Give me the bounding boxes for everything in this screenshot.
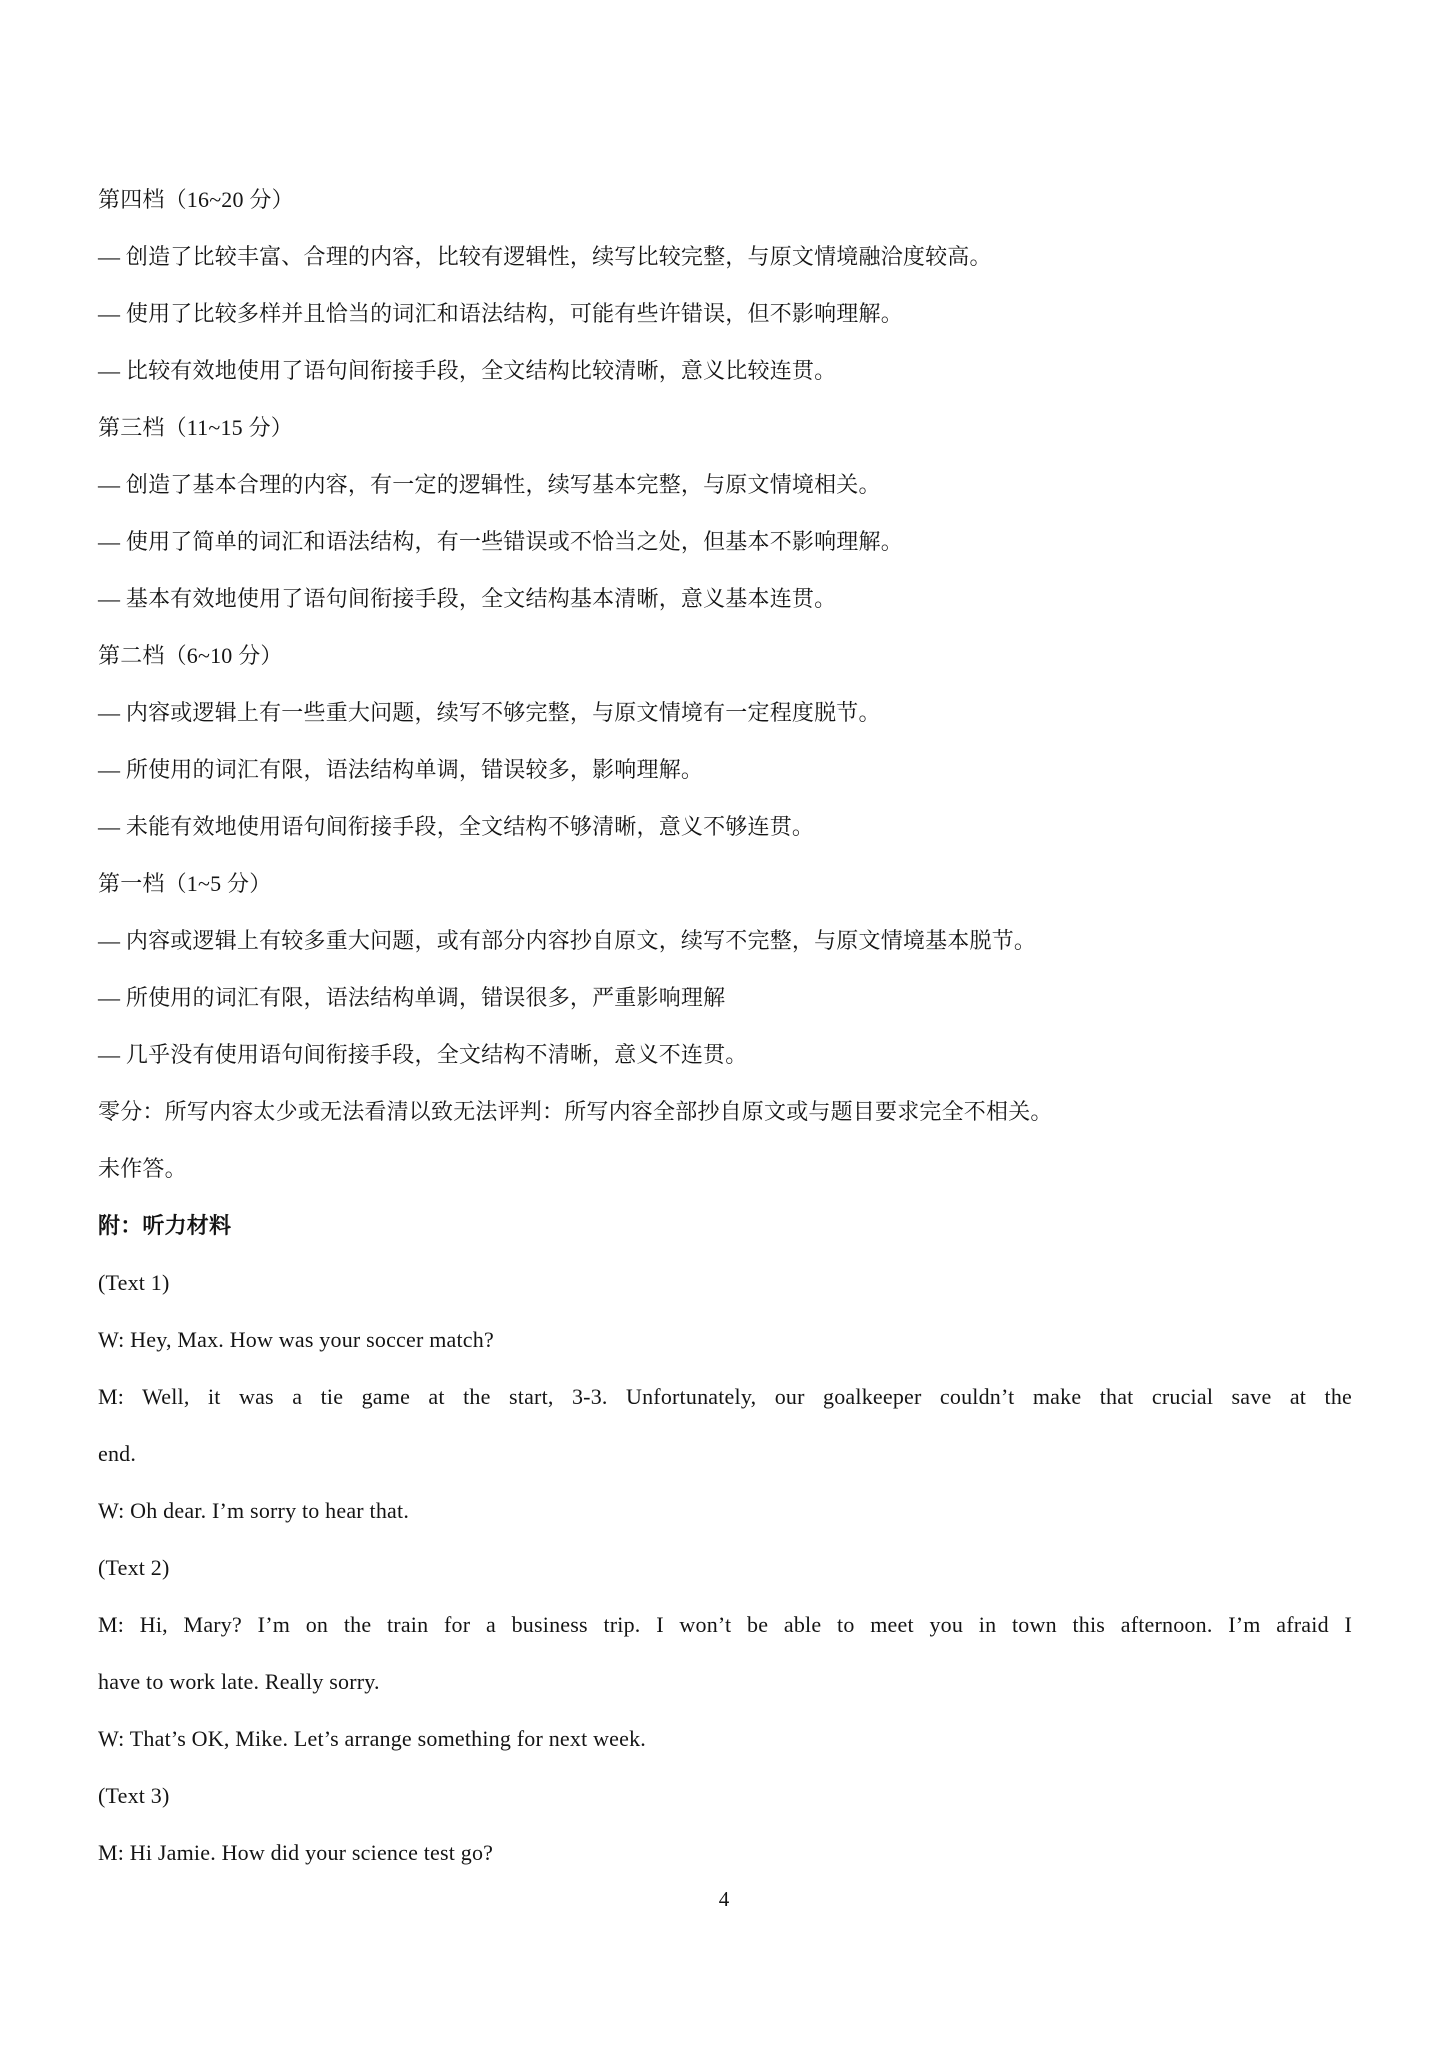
dialogue-line: W: Oh dear. I’m sorry to hear that. [98, 1482, 1352, 1539]
rubric-criterion: — 内容或逻辑上有较多重大问题，或有部分内容抄自原文，续写不完整，与原文情境基本… [98, 912, 1352, 969]
page-number: 4 [719, 1887, 730, 1911]
rubric-criterion: — 创造了比较丰富、合理的内容，比较有逻辑性，续写比较完整，与原文情境融洽度较高… [98, 228, 1352, 285]
rubric-criterion: — 使用了比较多样并且恰当的词汇和语法结构，可能有些许错误，但不影响理解。 [98, 285, 1352, 342]
rubric-criterion: — 所使用的词汇有限，语法结构单调，错误较多，影响理解。 [98, 741, 1352, 798]
no-answer-note: 未作答。 [98, 1140, 1352, 1197]
rubric-band-title: 第三档（11~15 分） [98, 399, 1352, 456]
rubric-criterion: — 创造了基本合理的内容，有一定的逻辑性，续写基本完整，与原文情境相关。 [98, 456, 1352, 513]
document-body: 第四档（16~20 分）— 创造了比较丰富、合理的内容，比较有逻辑性，续写比较完… [0, 0, 1448, 1881]
listening-text-label: (Text 1) [98, 1254, 1352, 1311]
dialogue-line: have to work late. Really sorry. [98, 1653, 1352, 1710]
rubric-criterion: — 内容或逻辑上有一些重大问题，续写不够完整，与原文情境有一定程度脱节。 [98, 684, 1352, 741]
listening-text-label: (Text 2) [98, 1539, 1352, 1596]
rubric-criterion: — 使用了简单的词汇和语法结构，有一些错误或不恰当之处，但基本不影响理解。 [98, 513, 1352, 570]
dialogue-line: W: That’s OK, Mike. Let’s arrange someth… [98, 1710, 1352, 1767]
rubric-criterion: — 所使用的词汇有限，语法结构单调，错误很多，严重影响理解 [98, 969, 1352, 1026]
document-page: 第四档（16~20 分）— 创造了比较丰富、合理的内容，比较有逻辑性，续写比较完… [0, 0, 1448, 1913]
appendix-heading: 附：听力材料 [98, 1197, 1352, 1254]
zero-score-note: 零分：所写内容太少或无法看清以致无法评判：所写内容全部抄自原文或与题目要求完全不… [98, 1083, 1352, 1140]
rubric-criterion: — 基本有效地使用了语句间衔接手段，全文结构基本清晰，意义基本连贯。 [98, 570, 1352, 627]
dialogue-line: end. [98, 1425, 1352, 1482]
rubric-criterion: — 比较有效地使用了语句间衔接手段，全文结构比较清晰，意义比较连贯。 [98, 342, 1352, 399]
rubric-band-title: 第二档（6~10 分） [98, 627, 1352, 684]
rubric-band-title: 第一档（1~5 分） [98, 855, 1352, 912]
rubric-criterion: — 未能有效地使用语句间衔接手段，全文结构不够清晰，意义不够连贯。 [98, 798, 1352, 855]
rubric-criterion: — 几乎没有使用语句间衔接手段，全文结构不清晰，意义不连贯。 [98, 1026, 1352, 1083]
dialogue-line: M: Hi Jamie. How did your science test g… [98, 1824, 1352, 1881]
listening-text-label: (Text 3) [98, 1767, 1352, 1824]
dialogue-line: M: Hi, Mary? I’m on the train for a busi… [98, 1596, 1352, 1653]
dialogue-line: M: Well, it was a tie game at the start,… [98, 1368, 1352, 1425]
dialogue-line: W: Hey, Max. How was your soccer match? [98, 1311, 1352, 1368]
page-footer: 4 [0, 1885, 1448, 1913]
rubric-band-title: 第四档（16~20 分） [98, 171, 1352, 228]
